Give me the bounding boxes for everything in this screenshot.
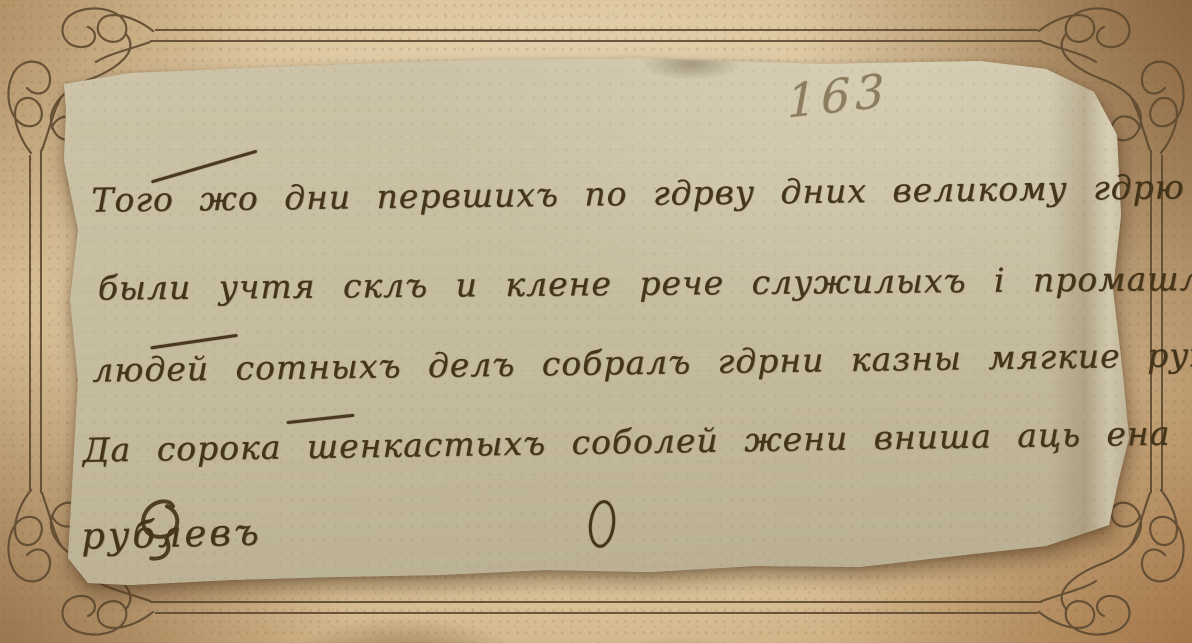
page-number: 163 [787, 63, 889, 129]
manuscript-line-4: Да сорока шенкастыхъ соболей жени вниша … [82, 410, 1192, 469]
titlo-stroke [287, 414, 355, 424]
manuscript-line-1: Того жо дни первшихъ по гдрву дних велик… [91, 164, 1192, 219]
ink-loop-mark [129, 492, 189, 564]
ink-oval-mark [586, 499, 617, 550]
manuscript-photo: 163 Того жо дни первшихъ по гдрву дних в… [0, 0, 1192, 643]
manuscript-text: 163 Того жо дни первшихъ по гдрву дних в… [0, 0, 1192, 643]
manuscript-line-3: людей сотныхъ делъ собралъ гдрни казны м… [92, 334, 1192, 390]
manuscript-line-2: были учтя склъ и клене рече служилыхъ і … [98, 257, 1192, 307]
titlo-stroke [150, 334, 238, 350]
